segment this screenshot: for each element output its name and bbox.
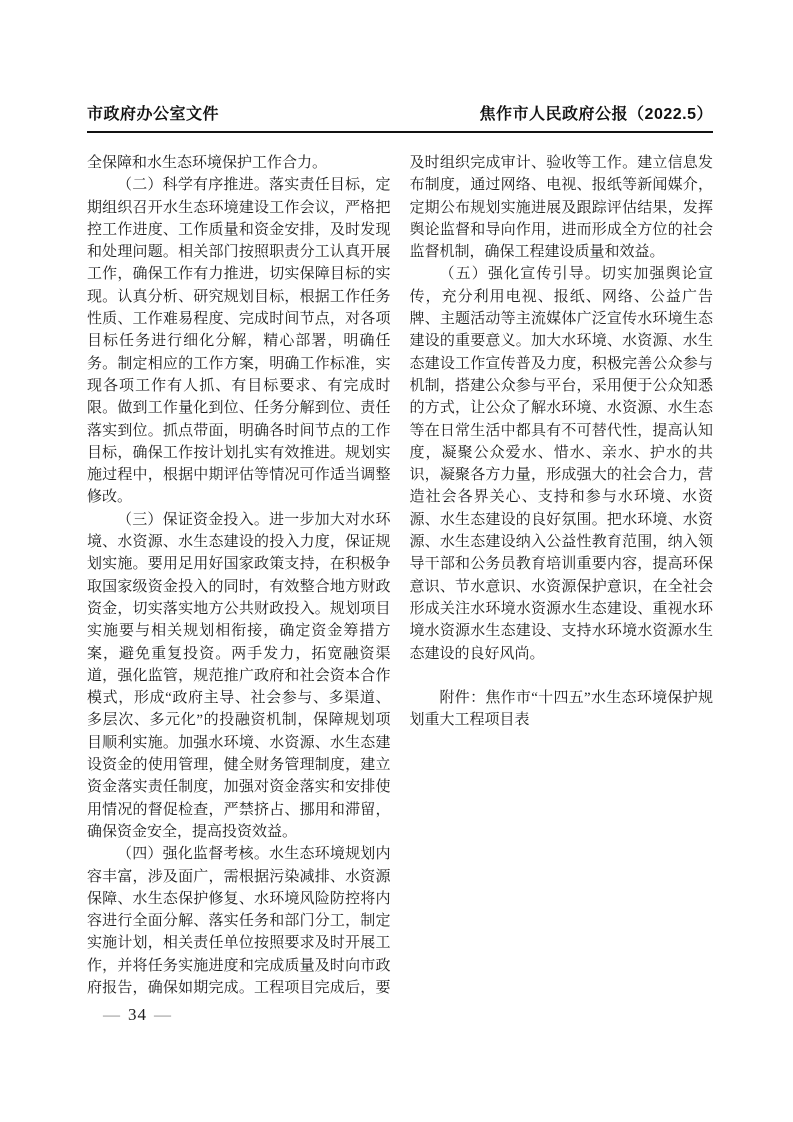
paragraph-section-2: （二）科学有序推进。落实责任目标，定期组织召开水生态环境建设工作会议，严格把控工…: [87, 174, 391, 508]
article-columns: 全保障和水生态环境保护工作合力。 （二）科学有序推进。落实责任目标，定期组织召开…: [87, 152, 713, 1006]
header-gazette-title: 焦作市人民政府公报（2022.5）: [480, 101, 713, 124]
page-number-dash-left: —: [103, 1005, 121, 1024]
paragraph-section-3: （三）保证资金投入。进一步加大对水环境、水资源、水生态建设的投入力度，保证规划实…: [87, 509, 391, 843]
attachment-note: 附件：焦作市“十四五”水生态环境保护规划重大工程项目表: [410, 687, 714, 732]
page-number-dash-right: —: [154, 1005, 172, 1024]
paragraph-section-5: （五）强化宣传引导。切实加强舆论宣传，充分利用电视、报纸、网络、公益广告牌、主题…: [410, 263, 714, 664]
header-doc-type: 市政府办公室文件: [87, 101, 219, 124]
paragraph-continuation: 全保障和水生态环境保护工作合力。: [87, 152, 391, 174]
page-number-value: 34: [128, 1005, 147, 1024]
page-number: —34—: [103, 1005, 172, 1025]
page-header: 市政府办公室文件 焦作市人民政府公报（2022.5）: [87, 0, 713, 133]
page: 市政府办公室文件 焦作市人民政府公报（2022.5） 全保障和水生态环境保护工作…: [0, 0, 793, 1122]
